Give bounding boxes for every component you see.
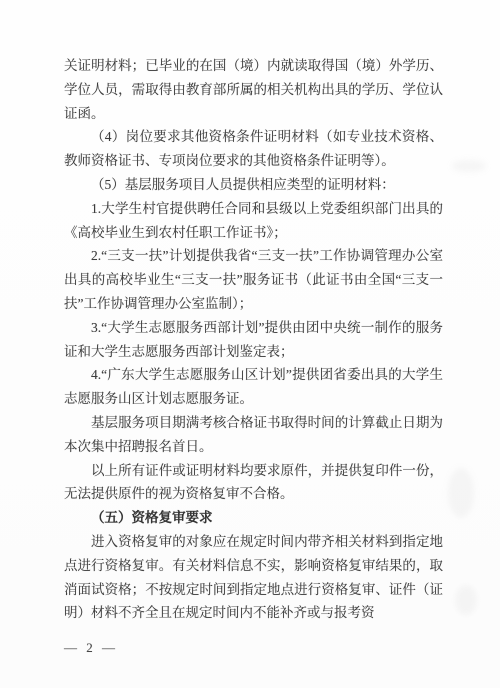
paragraph-originals-note: 以上所有证件或证明材料均要求原件，并提供复印件一份，无法提供原件的视为资格复审不… — [64, 459, 443, 507]
section-heading-review-requirements: （五）资格复审要求 — [64, 506, 443, 530]
paragraph-review-requirements: 进入资格复审的对象应在规定时间内带齐相关材料到指定地点进行资格复审。有关材料信息… — [64, 530, 443, 625]
paragraph-item-5: （5）基层服务项目人员提供相应类型的证明材料： — [64, 173, 443, 197]
scan-smudge — [455, 585, 477, 615]
paragraph-subitem-1: 1.大学生村官提供聘任合同和县级以上党委组织部门出具的《高校毕业生到农村任职工作… — [64, 197, 443, 245]
paragraph-deadline-note: 基层服务项目期满考核合格证书取得时间的计算截止日期为本次集中招聘报名首日。 — [64, 411, 443, 459]
paragraph-continuation: 关证明材料；已毕业的在国（境）内就读取得国（境）外学历、学位人员，需取得由教育部… — [64, 54, 443, 125]
paragraph-item-4: （4）岗位要求其他资格条件证明材料（如专业技术资格、教师资格证书、专项岗位要求的… — [64, 125, 443, 173]
paragraph-subitem-2: 2.“三支一扶”计划提供我省“三支一扶”工作协调管理办公室出具的高校毕业生“三支… — [64, 244, 443, 315]
scan-smudge — [452, 160, 486, 172]
paragraph-subitem-4: 4.“广东大学生志愿服务山区计划”提供团省委出具的大学生志愿服务山区计划志愿服务… — [64, 363, 443, 411]
scan-smudge — [448, 468, 474, 518]
scanned-document-page: 关证明材料；已毕业的在国（境）内就读取得国（境）外学历、学位人员，需取得由教育部… — [0, 0, 500, 688]
document-body: 关证明材料；已毕业的在国（境）内就读取得国（境）外学历、学位人员，需取得由教育部… — [64, 54, 443, 625]
page-number: — 2 — — [64, 640, 118, 656]
paragraph-subitem-3: 3.“大学生志愿服务西部计划”提供由团中央统一制作的服务证和大学生志愿服务西部计… — [64, 316, 443, 364]
